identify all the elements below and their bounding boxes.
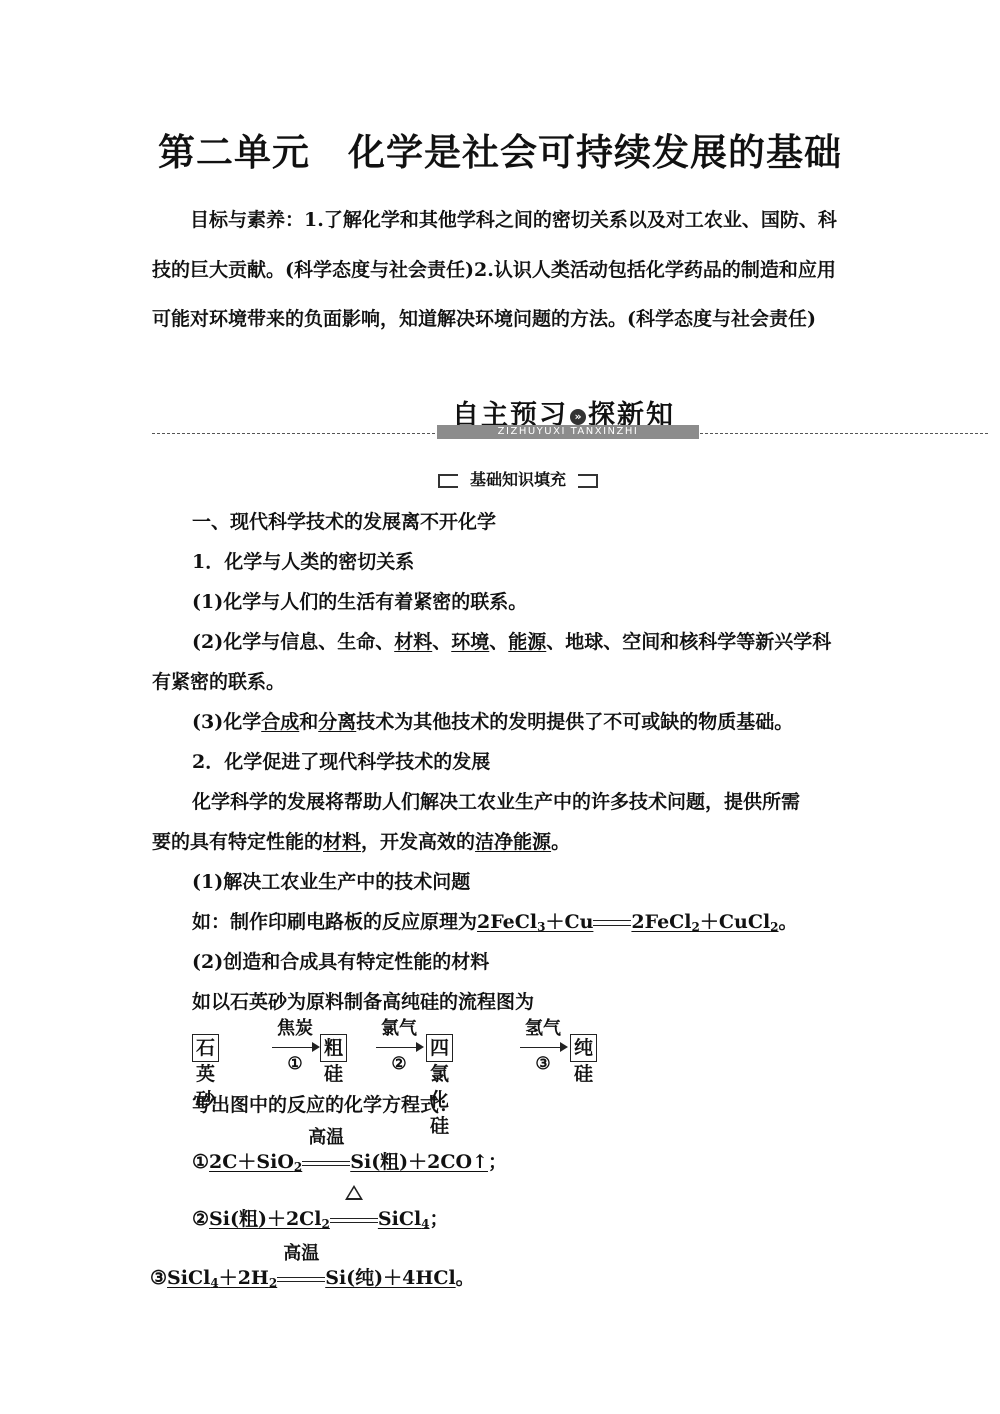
dashed-divider-left: [152, 433, 435, 434]
blank-answer: 洁净能源: [475, 831, 551, 853]
blank-answer: 材料: [394, 631, 432, 653]
text: 。: [456, 1267, 475, 1289]
text: 和: [299, 711, 318, 733]
example-line: 如：制作印刷电路板的反应原理为2FeCl3＋Cu2FeCl2＋CuCl2。: [192, 910, 798, 939]
text: (2)化学与信息、生命、: [192, 631, 394, 653]
item-3: (3)化学合成和分离技术为其他技术的发明提供了不可或缺的物质基础。: [192, 710, 793, 734]
equation-3: ③SiCl4＋2H2高温Si(纯)＋4HCl。: [150, 1266, 475, 1295]
text: 、: [432, 631, 451, 653]
equation-body: 2C＋SiO2高温Si(粗)＋2CO↑: [209, 1151, 488, 1173]
equation-number: ③: [150, 1267, 167, 1289]
equation-number: ①: [192, 1151, 209, 1173]
arrow-icon: [376, 1047, 418, 1048]
text: 技术为其他技术的发明提供了不可或缺的物质基础。: [356, 711, 793, 733]
point-1: (1)解决工农业生产中的技术问题: [192, 870, 470, 894]
arrow-reagent: 氯气: [374, 1018, 424, 1040]
flow-intro: 如以石英砂为原料制备高纯硅的流程图为: [192, 990, 534, 1014]
blank-answer: 合成: [261, 711, 299, 733]
arrow-icon: [520, 1047, 562, 1048]
text: (3)化学: [192, 711, 261, 733]
item-2: (2)化学与信息、生命、材料、环境、能源、地球、空间和核科学等新兴学科: [192, 630, 831, 654]
learning-goals: 目标与素养：1.了解化学和其他学科之间的密切关系以及对工农业、国防、科技的巨大贡…: [152, 196, 852, 345]
subheading-2: 2．化学促进了现代科学技术的发展: [192, 750, 490, 774]
equation-number: ②: [192, 1208, 209, 1230]
text: 。: [779, 911, 798, 933]
arrow-icon: [272, 1047, 314, 1048]
text: ；: [430, 1208, 449, 1230]
item-1: (1)化学与人们的生活有着紧密的联系。: [192, 590, 527, 614]
heading-1: 一、现代科学技术的发展离不开化学: [192, 510, 496, 534]
blank-answer: 能源: [508, 631, 546, 653]
dashed-divider-right: [700, 433, 988, 434]
reaction-condition: 高温: [277, 1242, 325, 1266]
arrow-step: ③: [518, 1053, 568, 1075]
flow-box: 粗硅: [320, 1034, 347, 1062]
goals-label: 目标与素养：: [190, 209, 304, 231]
arrowhead-icon: [416, 1042, 424, 1052]
arrow-step: ①: [270, 1053, 320, 1075]
reaction-condition: 高温: [302, 1126, 350, 1150]
flow-box: 石英砂: [192, 1034, 219, 1062]
blank-answer: 分离: [318, 711, 356, 733]
write-equations-prompt: 写出图中的反应的化学方程式：: [192, 1093, 458, 1117]
flow-arrow: 氯气 ②: [374, 1018, 424, 1078]
paragraph-2-line-2: 要的具有特定性能的材料，开发高效的洁净能源。: [152, 830, 570, 854]
section-tag: 基础知识填充: [438, 470, 598, 490]
blank-answer: 环境: [451, 631, 489, 653]
bracket-right-icon: [578, 474, 598, 488]
section-tag-label: 基础知识填充: [458, 470, 578, 490]
text: 、: [489, 631, 508, 653]
subheading-1: 1．化学与人类的密切关系: [192, 550, 414, 574]
equation-1: ①2C＋SiO2高温Si(粗)＋2CO↑；: [192, 1150, 507, 1179]
section-banner: 自主预习»探新知 ZIZHUYUXI TANXINZHI: [0, 393, 1000, 443]
paragraph-2-line-1: 化学科学的发展将帮助人们解决工农业生产中的许多技术问题，提供所需: [192, 790, 800, 814]
arrowhead-icon: [560, 1042, 568, 1052]
flow-box: 纯硅: [570, 1034, 597, 1062]
flow-arrow: 氢气 ③: [518, 1018, 568, 1078]
double-chevron-icon: »: [570, 409, 586, 425]
text: 如：制作印刷电路板的反应原理为: [192, 911, 477, 933]
arrow-step: ②: [374, 1053, 424, 1075]
equation-body: SiCl4＋2H2高温Si(纯)＋4HCl: [167, 1267, 456, 1289]
example-equation: 2FeCl3＋Cu2FeCl2＋CuCl2: [477, 911, 779, 933]
banner-subtitle: ZIZHUYUXI TANXINZHI: [437, 425, 699, 439]
arrowhead-icon: [312, 1042, 320, 1052]
item-2-cont: 有紧密的联系。: [152, 670, 285, 694]
bracket-left-icon: [438, 474, 458, 488]
text: 、地球、空间和核科学等新兴学科: [546, 631, 831, 653]
page-title: 第二单元 化学是社会可持续发展的基础: [0, 122, 1000, 176]
text: 要的具有特定性能的: [152, 831, 323, 853]
arrow-reagent: 焦炭: [270, 1018, 320, 1040]
text: ，开发高效的: [361, 831, 475, 853]
flow-box: 四氯化硅: [426, 1034, 453, 1062]
equation-2: ②Si(粗)＋2Cl2SiCl4；: [192, 1207, 449, 1236]
heat-triangle-icon: [330, 1183, 378, 1207]
equation-body: Si(粗)＋2Cl2SiCl4: [209, 1208, 429, 1230]
text: ；: [488, 1151, 507, 1173]
flow-arrow: 焦炭 ①: [270, 1018, 320, 1078]
point-2: (2)创造和合成具有特定性能的材料: [192, 950, 489, 974]
text: 。: [551, 831, 570, 853]
arrow-reagent: 氢气: [518, 1018, 568, 1040]
blank-answer: 材料: [323, 831, 361, 853]
